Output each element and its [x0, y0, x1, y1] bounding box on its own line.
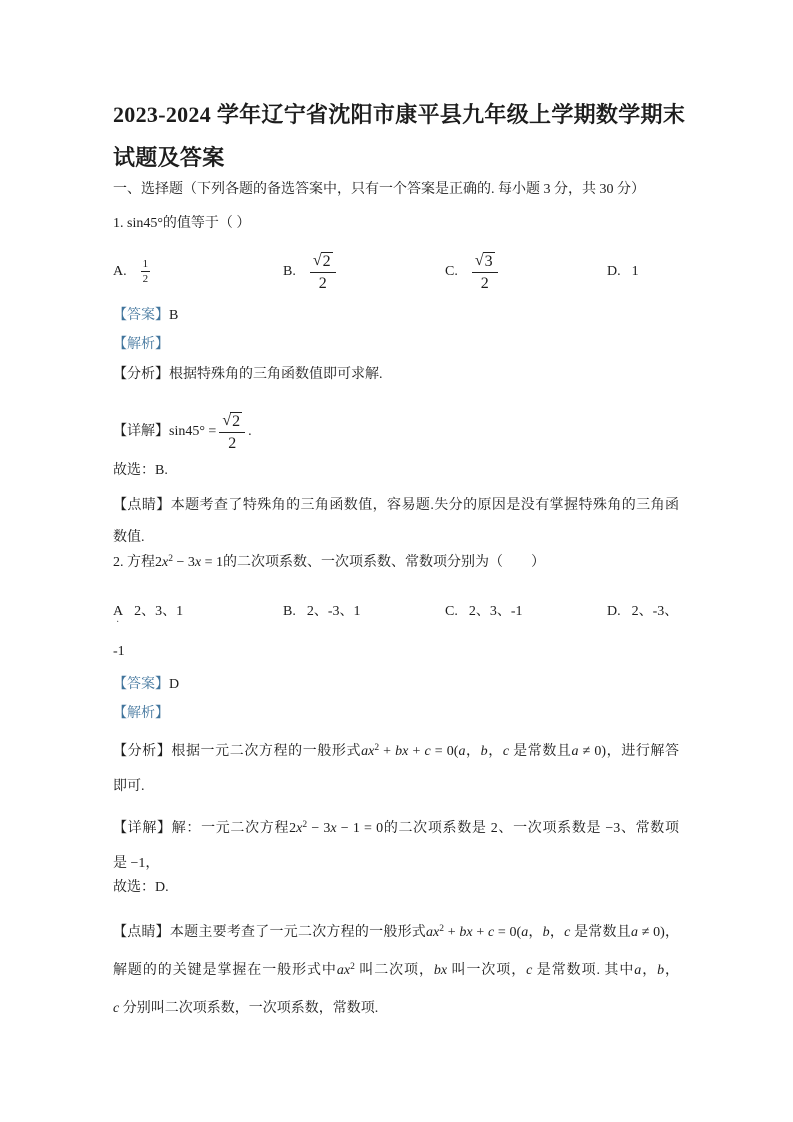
q2-answer-row: 【答案】D	[113, 675, 679, 695]
section-header: 一、选择题（下列各题的备选答案中，只有一个答案是正确的. 每小题 3 分，共 3…	[113, 180, 679, 200]
jiexi-label: 【解析】	[113, 706, 169, 721]
q1-fenxi-text: 根据特殊角的三角函数值即可求解.	[169, 367, 383, 382]
q2-option-a: A 2、3、1	[113, 602, 283, 622]
q2-dianjing-rich1: 本题主要考查了一元二次方程的一般形式ax2 + bx + c = 0(a，b，c…	[170, 925, 679, 940]
q2-dianjing-line3: c 分别叫二次项系数，一次项系数，常数项.	[113, 990, 679, 1028]
q2-option-b-label: B.	[283, 602, 296, 622]
q1-xiangjie-row: 【详解】sin45° =√22 .	[113, 404, 679, 460]
q1-dianjing-line1: 【点睛】本题考查了特殊角的三角函数值，容易题.失分的原因是没有掌握特殊角的三角函	[113, 490, 679, 522]
q2-xiangjie: 【详解】解：一元二次方程2x2 − 3x − 1 = 0的二次项系数是 2、一次…	[113, 811, 679, 881]
q2-fenxi-rich1: 根据一元二次方程的一般形式ax2 + bx + c = 0(a，b，c 是常数且…	[171, 744, 679, 759]
q1-answer-row: 【答案】B	[113, 306, 679, 326]
question-2-options: A 2、3、1 B. 2、-3、1 C. 2、3、-1 D. 2、-3、	[113, 600, 679, 624]
xiangjie-label: 【详解】	[113, 821, 172, 836]
page-title-line2: 试题及答案	[113, 136, 688, 179]
q2-xiangjie-line2: 是 −1，	[113, 846, 679, 881]
q2-option-d-value: 2、-3、	[632, 602, 679, 622]
q2-dianjing: 【点睛】本题主要考查了一元二次方程的一般形式ax2 + bx + c = 0(a…	[113, 914, 679, 1028]
q1-option-a-label: A.	[113, 262, 127, 282]
question-1-options: A. 12 B. √22 C. √32 D. 1	[113, 244, 679, 300]
q2-fenxi-line1: 【分析】根据一元二次方程的一般形式ax2 + bx + c = 0(a，b，c …	[113, 734, 679, 769]
answer-label: 【答案】	[113, 677, 169, 692]
jiexi-label: 【解析】	[113, 337, 169, 352]
q1-dianjing-line2: 数值.	[113, 522, 679, 554]
answer-label: 【答案】	[113, 308, 169, 323]
q2-fenxi: 【分析】根据一元二次方程的一般形式ax2 + bx + c = 0(a，b，c …	[113, 734, 679, 804]
q1-option-c-value: √32	[469, 251, 501, 294]
q1-option-b-label: B.	[283, 262, 296, 282]
dianjing-label: 【点睛】	[113, 925, 170, 940]
q2-jiexi-row: 【解析】	[113, 704, 679, 724]
q1-conclusion: 故选：B.	[113, 461, 679, 481]
q2-dianjing-line2: 解题的的关键是掌握在一般形式中ax2 叫二次项，bx 叫一次项，c 是常数项. …	[113, 952, 679, 990]
q2-dianjing-line1: 【点睛】本题主要考查了一元二次方程的一般形式ax2 + bx + c = 0(a…	[113, 914, 679, 952]
q2-conclusion: 故选：D.	[113, 878, 679, 898]
q1-dianjing: 【点睛】本题考查了特殊角的三角函数值，容易题.失分的原因是没有掌握特殊角的三角函…	[113, 490, 679, 554]
fenxi-label: 【分析】	[113, 367, 169, 382]
q1-option-a: A. 12	[113, 258, 283, 285]
q2-option-d-continuation: -1	[113, 642, 679, 662]
q2-option-a-value: 2、3、1	[134, 602, 183, 622]
q1-answer-value: B	[169, 308, 178, 323]
q1-option-b-value: √22	[307, 251, 339, 294]
page-title: 2023-2024 学年辽宁省沈阳市康平县九年级上学期数学期末 试题及答案	[113, 93, 688, 179]
document-page: 2023-2024 学年辽宁省沈阳市康平县九年级上学期数学期末 试题及答案 一、…	[0, 0, 793, 1122]
q2-xiangjie-line1: 【详解】解：一元二次方程2x2 − 3x − 1 = 0的二次项系数是 2、一次…	[113, 811, 679, 846]
q2-option-c: C. 2、3、-1	[445, 602, 607, 622]
q1-jiexi-row: 【解析】	[113, 335, 679, 355]
q1-option-d: D. 1	[607, 262, 679, 282]
q2-option-b-value: 2、-3、1	[307, 602, 361, 622]
question-2-stem: 2. 方程2x2 − 3x = 1的二次项系数、一次项系数、常数项分别为（ ）	[113, 553, 679, 573]
q2-option-d-label: D.	[607, 602, 621, 622]
stray-mark: ·	[116, 618, 119, 628]
q1-option-c: C. √32	[445, 251, 607, 294]
q1-fenxi-row: 【分析】根据特殊角的三角函数值即可求解.	[113, 365, 679, 385]
q1-xiangjie-formula: sin45° =√22 .	[169, 411, 252, 454]
dianjing-label: 【点睛】	[113, 498, 171, 513]
q2-option-b: B. 2、-3、1	[283, 602, 445, 622]
q2-option-c-label: C.	[445, 602, 458, 622]
q1-option-d-value: 1	[632, 262, 639, 282]
q1-option-b: B. √22	[283, 251, 445, 294]
q2-option-c-value: 2、3、-1	[469, 602, 523, 622]
fenxi-label: 【分析】	[113, 744, 171, 759]
q2-option-d: D. 2、-3、	[607, 602, 679, 622]
xiangjie-label: 【详解】	[113, 422, 169, 442]
q1-option-a-value: 12	[138, 258, 154, 285]
q2-fenxi-line2: 即可.	[113, 769, 679, 804]
page-title-line1: 2023-2024 学年辽宁省沈阳市康平县九年级上学期数学期末	[113, 93, 688, 136]
question-1-stem: 1. sin45°的值等于（ ）	[113, 214, 679, 234]
q2-answer-value: D	[169, 677, 179, 692]
q2-xiangjie-rich1: 解：一元二次方程2x2 − 3x − 1 = 0的二次项系数是 2、一次项系数是…	[172, 821, 679, 836]
q1-dianjing-text1: 本题考查了特殊角的三角函数值，容易题.失分的原因是没有掌握特殊角的三角函	[171, 498, 679, 513]
q1-option-d-label: D.	[607, 262, 621, 282]
q1-option-c-label: C.	[445, 262, 458, 282]
